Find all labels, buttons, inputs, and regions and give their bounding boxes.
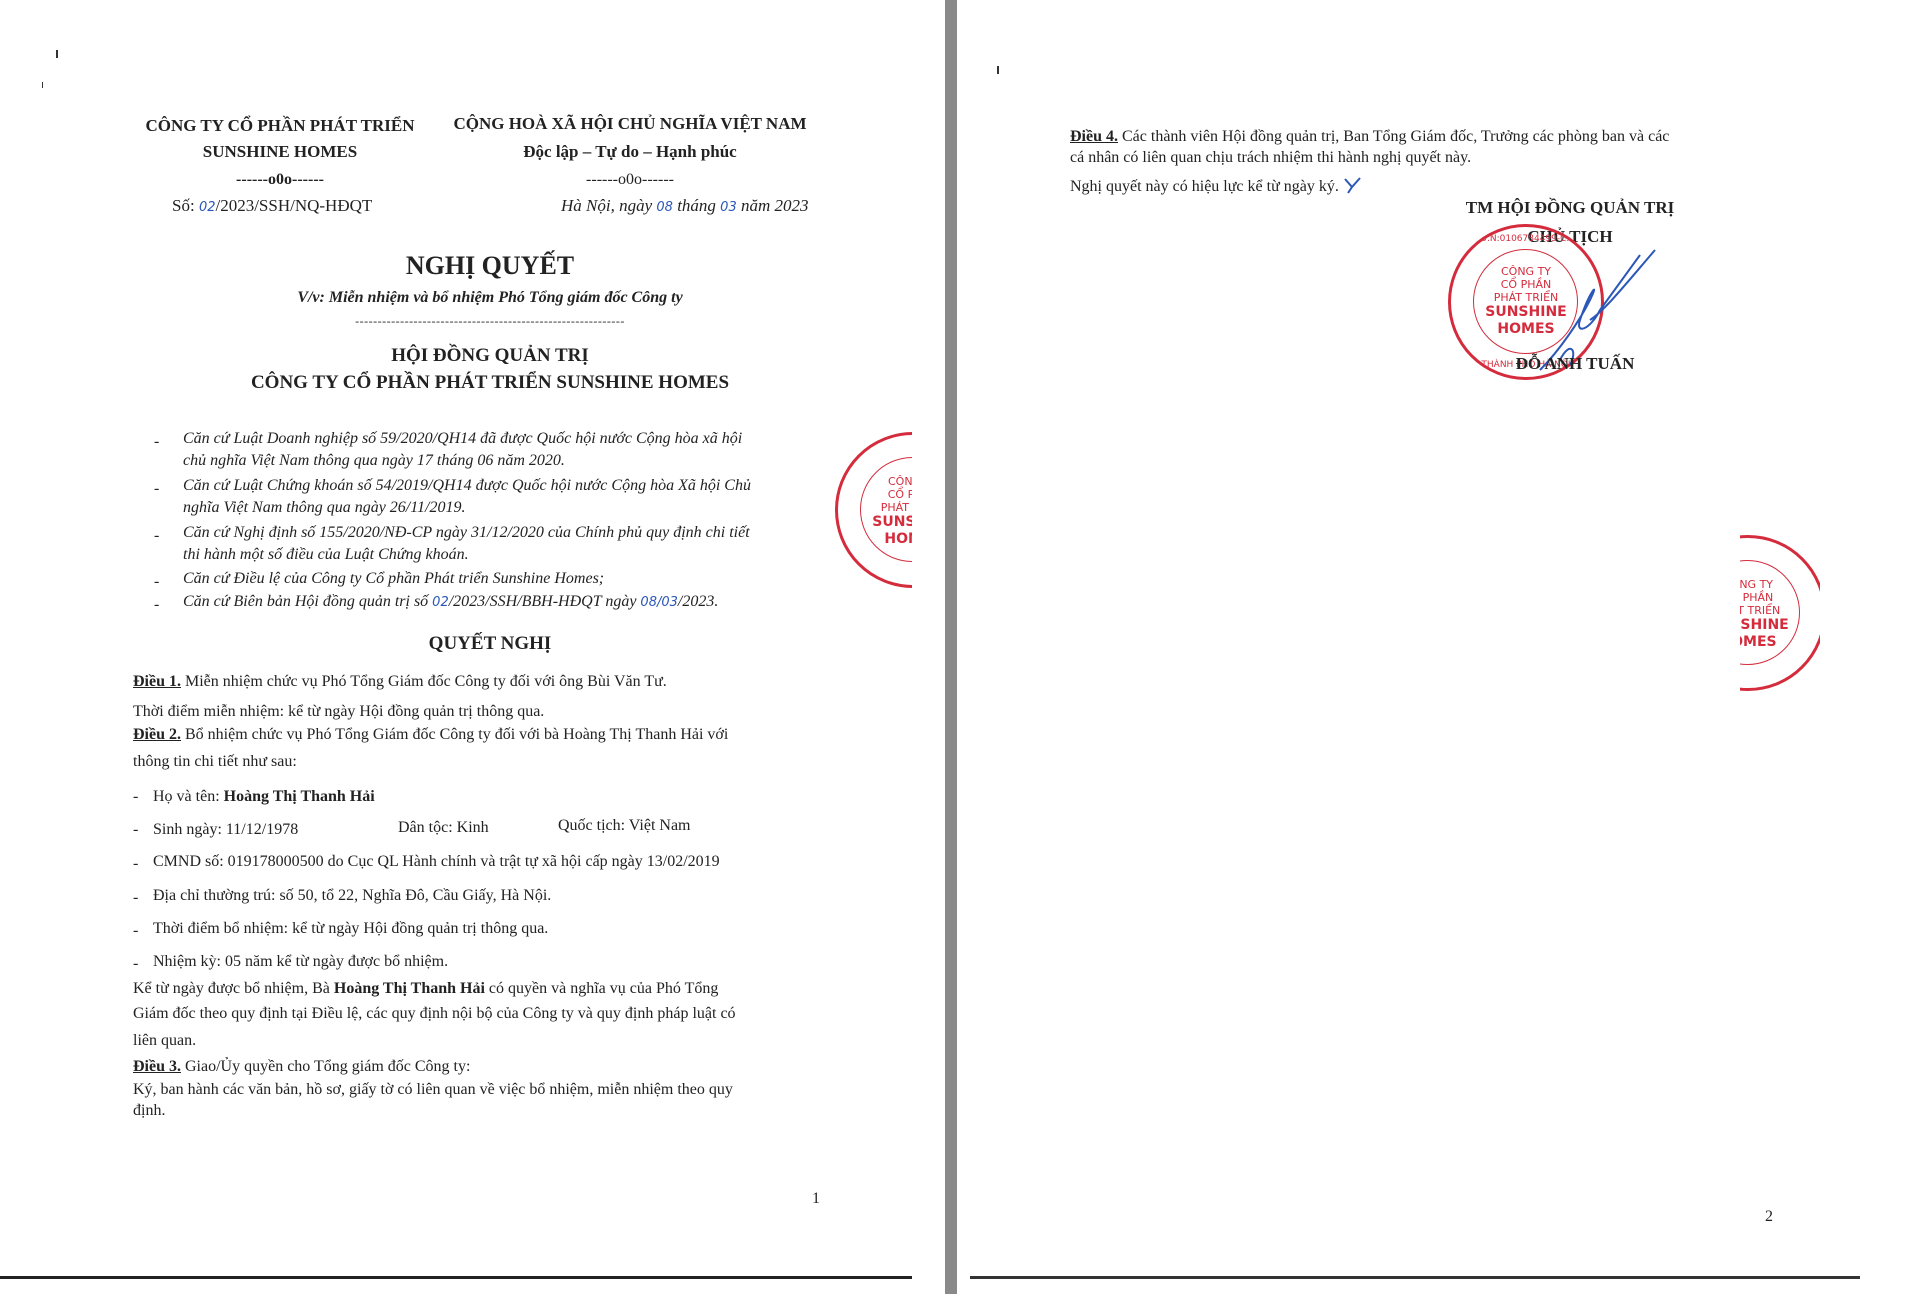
legal-basis-5: Căn cứ Biên bản Hội đồng quản trị số 02/…	[183, 593, 718, 611]
document-number: Số: 02/2023/SSH/NQ-HĐQT	[172, 196, 372, 216]
seal-line2: CỔ PHẦN	[838, 488, 912, 501]
article-2: Điều 2. Bổ nhiệm chức vụ Phó Tổng Giám đ…	[133, 726, 728, 744]
partial-company-seal: CÔNG TY CỔ PHẦN PHÁT TRIỂN SUNSHINE HOME…	[1740, 535, 1820, 691]
seal-line3: PHÁT TRIỂN	[838, 501, 912, 514]
bullet: -	[133, 922, 138, 940]
legal-basis-2-line1: Căn cứ Luật Chứng khoán số 54/2019/QH14 …	[183, 477, 751, 495]
bullet: -	[133, 955, 138, 973]
article-1-text: Miễn nhiệm chức vụ Phó Tổng Giám đốc Côn…	[181, 673, 667, 690]
legal-basis-3-line2: thi hành một số điều của Luật Chứng khoá…	[183, 546, 469, 564]
seal-text: CÔNG TY CỔ PHẦN PHÁT TRIỂN SUNSHINE HOME…	[1740, 578, 1820, 651]
rights-prefix: Kể từ ngày được bổ nhiệm, Bà	[133, 980, 334, 997]
date-day-handwritten: 08	[656, 200, 673, 215]
header-left-separator: ------o0o------	[130, 171, 430, 189]
bullet: -	[154, 480, 159, 498]
rights-line3: liên quan.	[133, 1032, 196, 1050]
nation-title: CỘNG HOÀ XÃ HỘI CHỦ NGHĨA VIỆT NAM	[440, 114, 820, 134]
board-company: CÔNG TY CỔ PHẦN PHÁT TRIỂN SUNSHINE HOME…	[180, 372, 800, 394]
bullet: -	[154, 573, 159, 591]
document-page-1: CÔNG TY CỔ PHẦN PHÁT TRIỂN SUNSHINE HOME…	[0, 0, 912, 1280]
article-3: Điều 3. Giao/Ủy quyền cho Tổng giám đốc …	[133, 1058, 470, 1076]
seal-line5: HOMES	[1740, 634, 1820, 651]
resolution-heading: QUYẾT NGHỊ	[340, 633, 640, 655]
article-3-label: Điều 3.	[133, 1058, 181, 1075]
seal-line1: CÔNG TY	[1740, 578, 1820, 591]
legal-basis-4: Căn cứ Điều lệ của Công ty Cổ phần Phát …	[183, 570, 604, 588]
name-value: Hoàng Thị Thanh Hải	[224, 788, 375, 805]
board-title: HỘI ĐỒNG QUẢN TRỊ	[240, 345, 740, 367]
rights-line2: Giám đốc theo quy định tại Điều lệ, các …	[133, 1005, 736, 1023]
bullet: -	[133, 788, 138, 806]
article-1-time: Thời điểm miễn nhiệm: kể từ ngày Hội đồn…	[133, 703, 544, 721]
article-3-detail-line2: định.	[133, 1102, 165, 1120]
seal-line1: CÔNG TY	[838, 475, 912, 488]
rights-name: Hoàng Thị Thanh Hải	[334, 980, 485, 997]
appointee-id: CMND số: 019178000500 do Cục QL Hành chí…	[153, 853, 720, 871]
effect-statement: Nghị quyết này có hiệu lực kể từ ngày ký…	[1070, 176, 1363, 196]
seal-line2: CỔ PHẦN	[1740, 591, 1820, 604]
header-right-separator: ------o0o------	[440, 171, 820, 189]
title-rule: ----------------------------------------…	[300, 314, 680, 329]
rights-line1: Kể từ ngày được bổ nhiệm, Bà Hoàng Thị T…	[133, 980, 819, 998]
legal-basis-1-line2: chủ nghĩa Việt Nam thông qua ngày 17 thá…	[183, 452, 565, 470]
basis-5-handwritten-number: 02	[432, 595, 449, 610]
date-prefix: Hà Nội, ngày	[561, 196, 656, 215]
article-2-text: Bổ nhiệm chức vụ Phó Tổng Giám đốc Công …	[181, 726, 728, 743]
bullet: -	[133, 889, 138, 907]
legal-basis-3-line1: Căn cứ Nghị định số 155/2020/NĐ-CP ngày …	[183, 524, 750, 542]
article-4-text: Các thành viên Hội đồng quản trị, Ban Tổ…	[1118, 128, 1669, 145]
bullet: -	[154, 433, 159, 451]
article-1-label: Điều 1.	[133, 673, 181, 690]
date-suffix: năm 2023	[737, 196, 809, 215]
basis-5-mid: /2023/SSH/BBH-HĐQT ngày	[449, 593, 641, 610]
article-2-text-line2: thông tin chi tiết như sau:	[133, 753, 297, 771]
basis-5-handwritten-date: 08/03	[640, 595, 677, 610]
doc-number-suffix: /2023/SSH/NQ-HĐQT	[215, 196, 372, 215]
document-subtitle: V/v: Miễn nhiệm và bổ nhiệm Phó Tổng giá…	[200, 289, 780, 307]
doc-number-prefix: Số:	[172, 196, 199, 215]
seal-line4: SUNSHINE	[838, 514, 912, 531]
partial-company-seal: CÔNG TY CỔ PHẦN PHÁT TRIỂN SUNSHINE HOME…	[830, 432, 912, 588]
article-3-text: Giao/Ủy quyền cho Tổng giám đốc Công ty:	[181, 1058, 470, 1075]
page-number: 1	[812, 1190, 820, 1208]
name-label: Họ và tên:	[153, 788, 224, 805]
article-3-detail-line1: Ký, ban hành các văn bản, hồ sơ, giấy tờ…	[133, 1081, 733, 1099]
page-number: 2	[1765, 1208, 1773, 1226]
article-1: Điều 1. Miễn nhiệm chức vụ Phó Tổng Giám…	[133, 673, 667, 691]
page-edge	[970, 1276, 1860, 1279]
effect-text: Nghị quyết này có hiệu lực kể từ ngày ký…	[1070, 178, 1339, 195]
doc-number-handwritten: 02	[199, 200, 216, 215]
article-4-line2: cá nhân có liên quan chịu trách nhiệm th…	[1070, 149, 1471, 167]
seal-circle: CÔNG TY CỔ PHẦN PHÁT TRIỂN SUNSHINE HOME…	[1740, 535, 1820, 691]
appointee-term: Nhiệm kỳ: 05 năm kể từ ngày được bổ nhiệ…	[153, 953, 448, 971]
seal-circle: CÔNG TY CỔ PHẦN PHÁT TRIỂN SUNSHINE HOME…	[835, 432, 912, 588]
bullet: -	[154, 596, 159, 614]
date-month-handwritten: 03	[720, 200, 737, 215]
signer-name: ĐỖ ANH TUẤN	[1490, 354, 1660, 374]
bullet: -	[133, 821, 138, 839]
seal-line3: PHÁT TRIỂN	[1740, 604, 1820, 617]
legal-basis-1-line1: Căn cứ Luật Doanh nghiệp số 59/2020/QH14…	[183, 430, 742, 448]
appointee-address: Địa chỉ thường trú: số 50, tổ 22, Nghĩa …	[153, 887, 551, 905]
seal-text: CÔNG TY CỔ PHẦN PHÁT TRIỂN SUNSHINE HOME…	[838, 475, 912, 548]
page-gutter	[945, 0, 957, 1294]
signature-on-behalf: TM HỘI ĐỒNG QUẢN TRỊ	[1440, 198, 1700, 218]
document-date: Hà Nội, ngày 08 tháng 03 năm 2023	[561, 196, 809, 216]
scan-mark	[56, 50, 58, 58]
appointee-start: Thời điểm bổ nhiệm: kể từ ngày Hội đồng …	[153, 920, 548, 938]
article-4-label: Điều 4.	[1070, 128, 1118, 145]
initial-check-icon	[1343, 176, 1363, 194]
seal-line4: SUNSHINE	[1740, 617, 1820, 634]
legal-basis-2-line2: nghĩa Việt Nam thông qua ngày 26/11/2019…	[183, 499, 466, 517]
rights-suffix: có quyền và nghĩa vụ của Phó Tổng	[485, 980, 718, 997]
page-edge	[0, 1276, 912, 1279]
bullet: -	[133, 855, 138, 873]
bullet: -	[154, 527, 159, 545]
date-mid: tháng	[673, 196, 720, 215]
article-4: Điều 4. Các thành viên Hội đồng quản trị…	[1070, 128, 1669, 146]
document-title: NGHỊ QUYẾT	[240, 251, 740, 281]
scan-mark	[997, 66, 999, 74]
basis-5-suffix: /2023.	[678, 593, 718, 610]
company-name-line2: SUNSHINE HOMES	[130, 142, 430, 162]
basis-5-prefix: Căn cứ Biên bản Hội đồng quản trị số	[183, 593, 432, 610]
scan-mark	[42, 82, 43, 88]
seal-line5: HOMES	[838, 531, 912, 548]
nation-motto: Độc lập – Tự do – Hạnh phúc	[440, 142, 820, 162]
company-name-line1: CÔNG TY CỔ PHẦN PHÁT TRIỂN	[130, 116, 430, 136]
appointee-dob: Sinh ngày: 11/12/1978	[153, 821, 298, 839]
document-page-2: Điều 4. Các thành viên Hội đồng quản trị…	[970, 40, 1860, 1280]
appointee-name: Họ và tên: Hoàng Thị Thanh Hải	[153, 788, 375, 806]
appointee-nationality: Quốc tịch: Việt Nam	[558, 817, 691, 835]
appointee-ethnicity: Dân tộc: Kinh	[398, 819, 489, 837]
article-2-label: Điều 2.	[133, 726, 181, 743]
